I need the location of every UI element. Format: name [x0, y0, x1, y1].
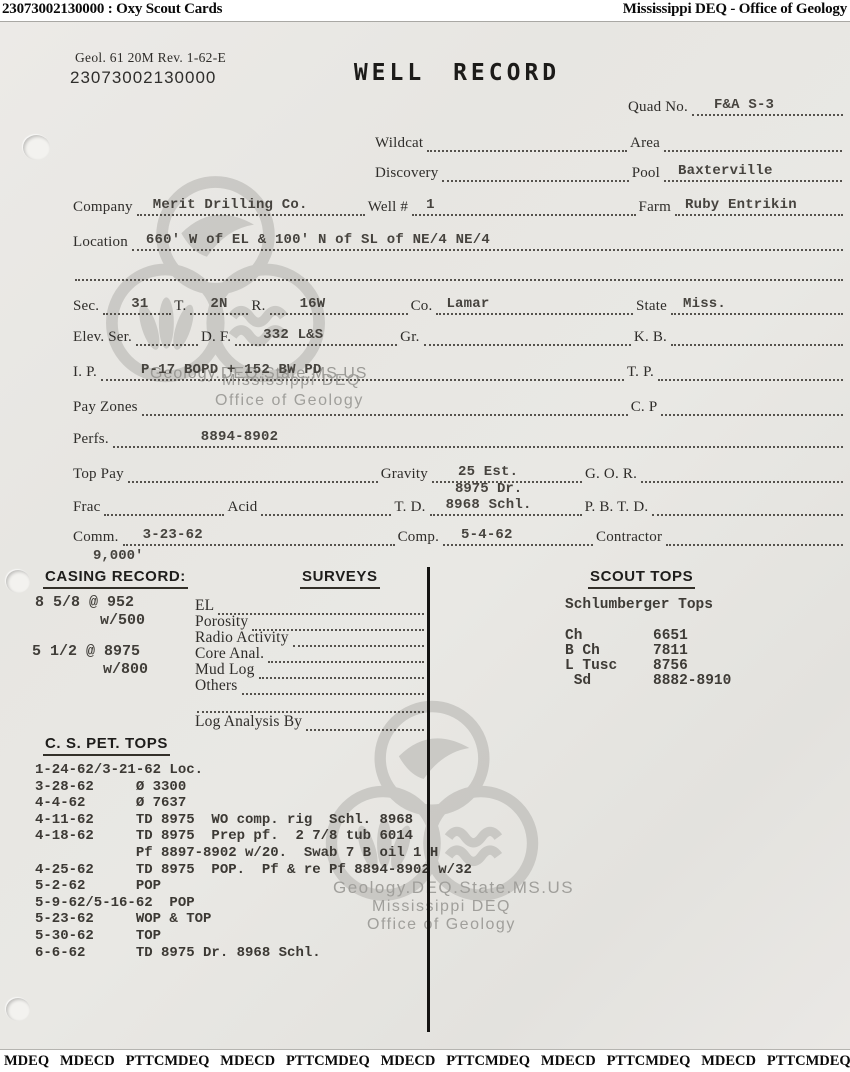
dotted-line	[75, 259, 843, 281]
field-label: Sec.	[73, 296, 101, 316]
document-id-title: 23073002130000 : Oxy Scout Cards	[2, 1, 222, 21]
field-label: P. B. T. D.	[585, 497, 651, 517]
page-title: WELL RECORD	[352, 60, 562, 86]
field-location: Location 660' W of EL & 100' N of SL of …	[73, 230, 846, 252]
field-value: 16W	[300, 296, 326, 312]
dotted-line	[641, 461, 843, 483]
field-payzones-row: Pay Zones C. P	[73, 395, 846, 417]
scout-top-row: B Ch 7811	[565, 643, 688, 659]
hole-punch	[6, 998, 30, 1021]
dotted-line: 31	[103, 293, 171, 315]
hole-punch	[6, 570, 30, 593]
field-wildcat-area: Wildcat Area	[375, 131, 845, 153]
field-label: I. P.	[73, 362, 99, 382]
dotted-line: F&A S-3	[692, 94, 843, 116]
dotted-line	[664, 130, 842, 152]
field-label: Pay Zones	[73, 397, 140, 417]
field-label: Gr.	[400, 327, 421, 347]
dotted-line: 660' W of EL & 100' N of SL of NE/4 NE/4	[132, 229, 843, 251]
dotted-line	[142, 394, 628, 416]
dotted-line: Merit Drilling Co.	[137, 194, 365, 216]
dotted-line: 8894-8902	[113, 426, 843, 448]
formation-name: Ch	[565, 628, 653, 644]
footer-bar: MDEQ MDECD PTTC MDEQ MDECD PTTC MDEQ MDE…	[0, 1050, 850, 1072]
log-line: 4-25-62 TD 8975 POP. Pf & re Pf 8894-890…	[35, 862, 472, 879]
field-value: Lamar	[446, 296, 489, 312]
dotted-line: 332 L&S	[235, 324, 397, 346]
scout-top-row: L Tusc 8756	[565, 658, 688, 674]
dotted-line: Baxterville	[664, 160, 842, 182]
field-label: Frac	[73, 497, 102, 517]
dotted-line: Lamar	[436, 293, 633, 315]
footer-org-group: MDEQ MDECD PTTC	[485, 1053, 645, 1070]
formation-name: B Ch	[565, 643, 653, 659]
field-value: Merit Drilling Co.	[153, 197, 308, 213]
dotted-line	[652, 494, 843, 516]
log-line: 5-2-62 POP	[35, 878, 472, 895]
dotted-line	[442, 160, 628, 182]
field-label: G. O. R.	[585, 464, 639, 484]
field-frac-row: Frac Acid T. D. 8968 Schl. P. B. T. D.	[73, 495, 846, 517]
dotted-line	[306, 709, 424, 731]
log-line: 6-6-62 TD 8975 Dr. 8968 Schl.	[35, 945, 472, 962]
field-discovery-pool: Discovery Pool Baxterville	[375, 161, 845, 183]
field-label: Company	[73, 197, 135, 217]
scout-tops-subheading: Schlumberger Tops	[565, 597, 713, 613]
dotted-line: 8968 Schl.	[430, 494, 582, 516]
casing-entry-size: 5 1/2 @ 8975	[32, 643, 140, 660]
field-value: 660' W of EL & 100' N of SL of NE/4 NE/4	[146, 232, 490, 248]
survey-label: Log Analysis By	[195, 712, 304, 732]
footer-org-group: MDEQ MDECD PTTC	[806, 1053, 850, 1070]
field-value: 1	[426, 197, 435, 213]
column-divider-line	[427, 567, 430, 1032]
field-value: 3-23-62	[143, 527, 203, 543]
field-value: P-17 BOPD + 152 BW PD	[141, 362, 322, 378]
field-label: Location	[73, 232, 130, 252]
field-value: Miss.	[683, 296, 726, 312]
field-label: D. F.	[201, 327, 233, 347]
field-label: T. P.	[627, 362, 656, 382]
field-value: 31	[131, 296, 148, 312]
field-label: T. D.	[394, 497, 427, 517]
footer-org-group: MDEQ MDECD PTTC	[645, 1053, 805, 1070]
formation-depth: 8756	[653, 658, 688, 674]
survey-row-log-analysis: Log Analysis By	[195, 713, 427, 732]
casing-record-heading: CASING RECORD:	[43, 568, 188, 589]
field-value: 332 L&S	[263, 327, 323, 343]
field-label: Discovery	[375, 163, 440, 183]
field-label: Co.	[411, 296, 435, 316]
field-label: Contractor	[596, 527, 664, 547]
casing-entry-size: 8 5/8 @ 952	[35, 594, 134, 611]
cs-pet-tops-heading: C. S. PET. TOPS	[43, 735, 170, 756]
scout-tops-heading: SCOUT TOPS	[588, 568, 695, 589]
dotted-line	[661, 394, 843, 416]
field-value: 8968 Schl.	[446, 497, 532, 513]
dotted-line: 1	[412, 194, 635, 216]
surveys-heading: SURVEYS	[300, 568, 380, 589]
field-ip-row: I. P. P-17 BOPD + 152 BW PD T. P.	[73, 360, 846, 382]
field-label: K. B.	[634, 327, 669, 347]
footer-org-group: MDEQ MDECD PTTC	[4, 1053, 164, 1070]
log-line: Pf 8897-8902 w/20. Swab 7 B oil 1 H	[35, 845, 472, 862]
scout-top-row: Ch 6651	[565, 628, 688, 644]
log-line: 5-23-62 WOP & TOP	[35, 911, 472, 928]
field-value: 2N	[210, 296, 227, 312]
casing-entry-cement: w/500	[100, 612, 145, 629]
formation-depth: 6651	[653, 628, 688, 644]
log-line: 1-24-62/3-21-62 Loc.	[35, 762, 472, 779]
field-value: F&A S-3	[714, 97, 774, 113]
dotted-line: 3-23-62	[123, 524, 395, 546]
footer-org-group: MDEQ MDECD PTTC	[325, 1053, 485, 1070]
log-line: 3-28-62 Ø 3300	[35, 779, 472, 796]
dotted-line: 16W	[270, 293, 408, 315]
dotted-line: 5-4-62	[443, 524, 593, 546]
field-label: Elev. Ser.	[73, 327, 134, 347]
field-value: 25 Est.	[458, 464, 518, 480]
field-label: T.	[174, 296, 188, 316]
field-label: Acid	[227, 497, 259, 517]
dotted-line: 2N	[190, 293, 248, 315]
field-company-well-farm: Company Merit Drilling Co. Well # 1 Farm…	[73, 195, 846, 217]
dotted-line	[427, 130, 627, 152]
field-label: Perfs.	[73, 429, 111, 449]
formation-name: L Tusc	[565, 658, 653, 674]
field-comm-row: Comm. 3-23-62 Comp. 5-4-62 Contractor	[73, 525, 846, 547]
dotted-line	[261, 494, 391, 516]
field-label: Top Pay	[73, 464, 126, 484]
formation-name: Sd	[565, 673, 653, 689]
dotted-line: P-17 BOPD + 152 BW PD	[101, 359, 624, 381]
agency-title: Mississippi DEQ - Office of Geology	[623, 1, 847, 21]
viewer-header-bar: 23073002130000 : Oxy Scout Cards Mississ…	[0, 0, 850, 21]
dotted-line	[128, 461, 378, 483]
log-line: 5-30-62 TOP	[35, 928, 472, 945]
field-value: Ruby Entrikin	[685, 197, 797, 213]
casing-entry-cement: w/800	[103, 661, 148, 678]
dotted-line: 25 Est.	[432, 461, 582, 483]
depth-note: 9,000'	[93, 548, 143, 564]
field-label: C. P	[631, 397, 660, 417]
field-label: State	[636, 296, 669, 316]
formation-depth: 7811	[653, 643, 688, 659]
hole-punch	[23, 135, 50, 160]
field-label: Comp.	[398, 527, 441, 547]
field-value: 5-4-62	[461, 527, 513, 543]
field-label: R.	[251, 296, 267, 316]
dotted-line: Ruby Entrikin	[675, 194, 843, 216]
field-value: 8894-8902	[201, 429, 278, 445]
field-section-row: Sec. 31 T. 2N R. 16W Co. Lamar State Mis…	[73, 294, 846, 316]
log-line: 4-18-62 TD 8975 Prep pf. 2 7/8 tub 6014	[35, 828, 472, 845]
field-label: Quad No.	[628, 97, 690, 117]
log-line: 5-9-62/5-16-62 POP	[35, 895, 472, 912]
field-location-continued	[73, 260, 846, 282]
dotted-line	[136, 324, 198, 346]
dotted-line	[104, 494, 224, 516]
log-line: 4-4-62 Ø 7637	[35, 795, 472, 812]
field-label: Wildcat	[375, 133, 425, 153]
dotted-line	[424, 324, 631, 346]
formation-depth: 8882-8910	[653, 673, 731, 689]
dotted-line	[658, 359, 843, 381]
dotted-line	[666, 524, 843, 546]
scout-tops-subheading-row: Schlumberger Tops	[565, 597, 713, 613]
field-label: Farm	[639, 197, 673, 217]
field-perfs-row: Perfs. 8894-8902	[73, 427, 846, 449]
field-value: Baxterville	[678, 163, 773, 179]
scanned-well-record-page: Mississippi DEQ Office of Geology Geolog…	[0, 20, 850, 1050]
form-revision-note: Geol. 61 20M Rev. 1-62-E	[75, 50, 226, 66]
field-label: Pool	[632, 163, 662, 183]
footer-org-group: MDEQ MDECD PTTC	[164, 1053, 324, 1070]
dotted-line: Miss.	[671, 293, 843, 315]
field-quad-no: Quad No. F&A S-3	[628, 95, 846, 117]
field-label: Area	[630, 133, 662, 153]
cs-pet-tops-log: 1-24-62/3-21-62 Loc. 3-28-62 Ø 3300 4-4-…	[35, 762, 472, 961]
api-number: 23073002130000	[70, 68, 216, 88]
field-label: Comm.	[73, 527, 121, 547]
log-line: 4-11-62 TD 8975 WO comp. rig Schl. 8968	[35, 812, 472, 829]
dotted-line	[671, 324, 843, 346]
field-label: Gravity	[381, 464, 430, 484]
field-elevation-row: Elev. Ser. D. F. 332 L&S Gr. K. B.	[73, 325, 846, 347]
scout-top-row: Sd 8882-8910	[565, 673, 731, 689]
field-label: Well #	[368, 197, 410, 217]
